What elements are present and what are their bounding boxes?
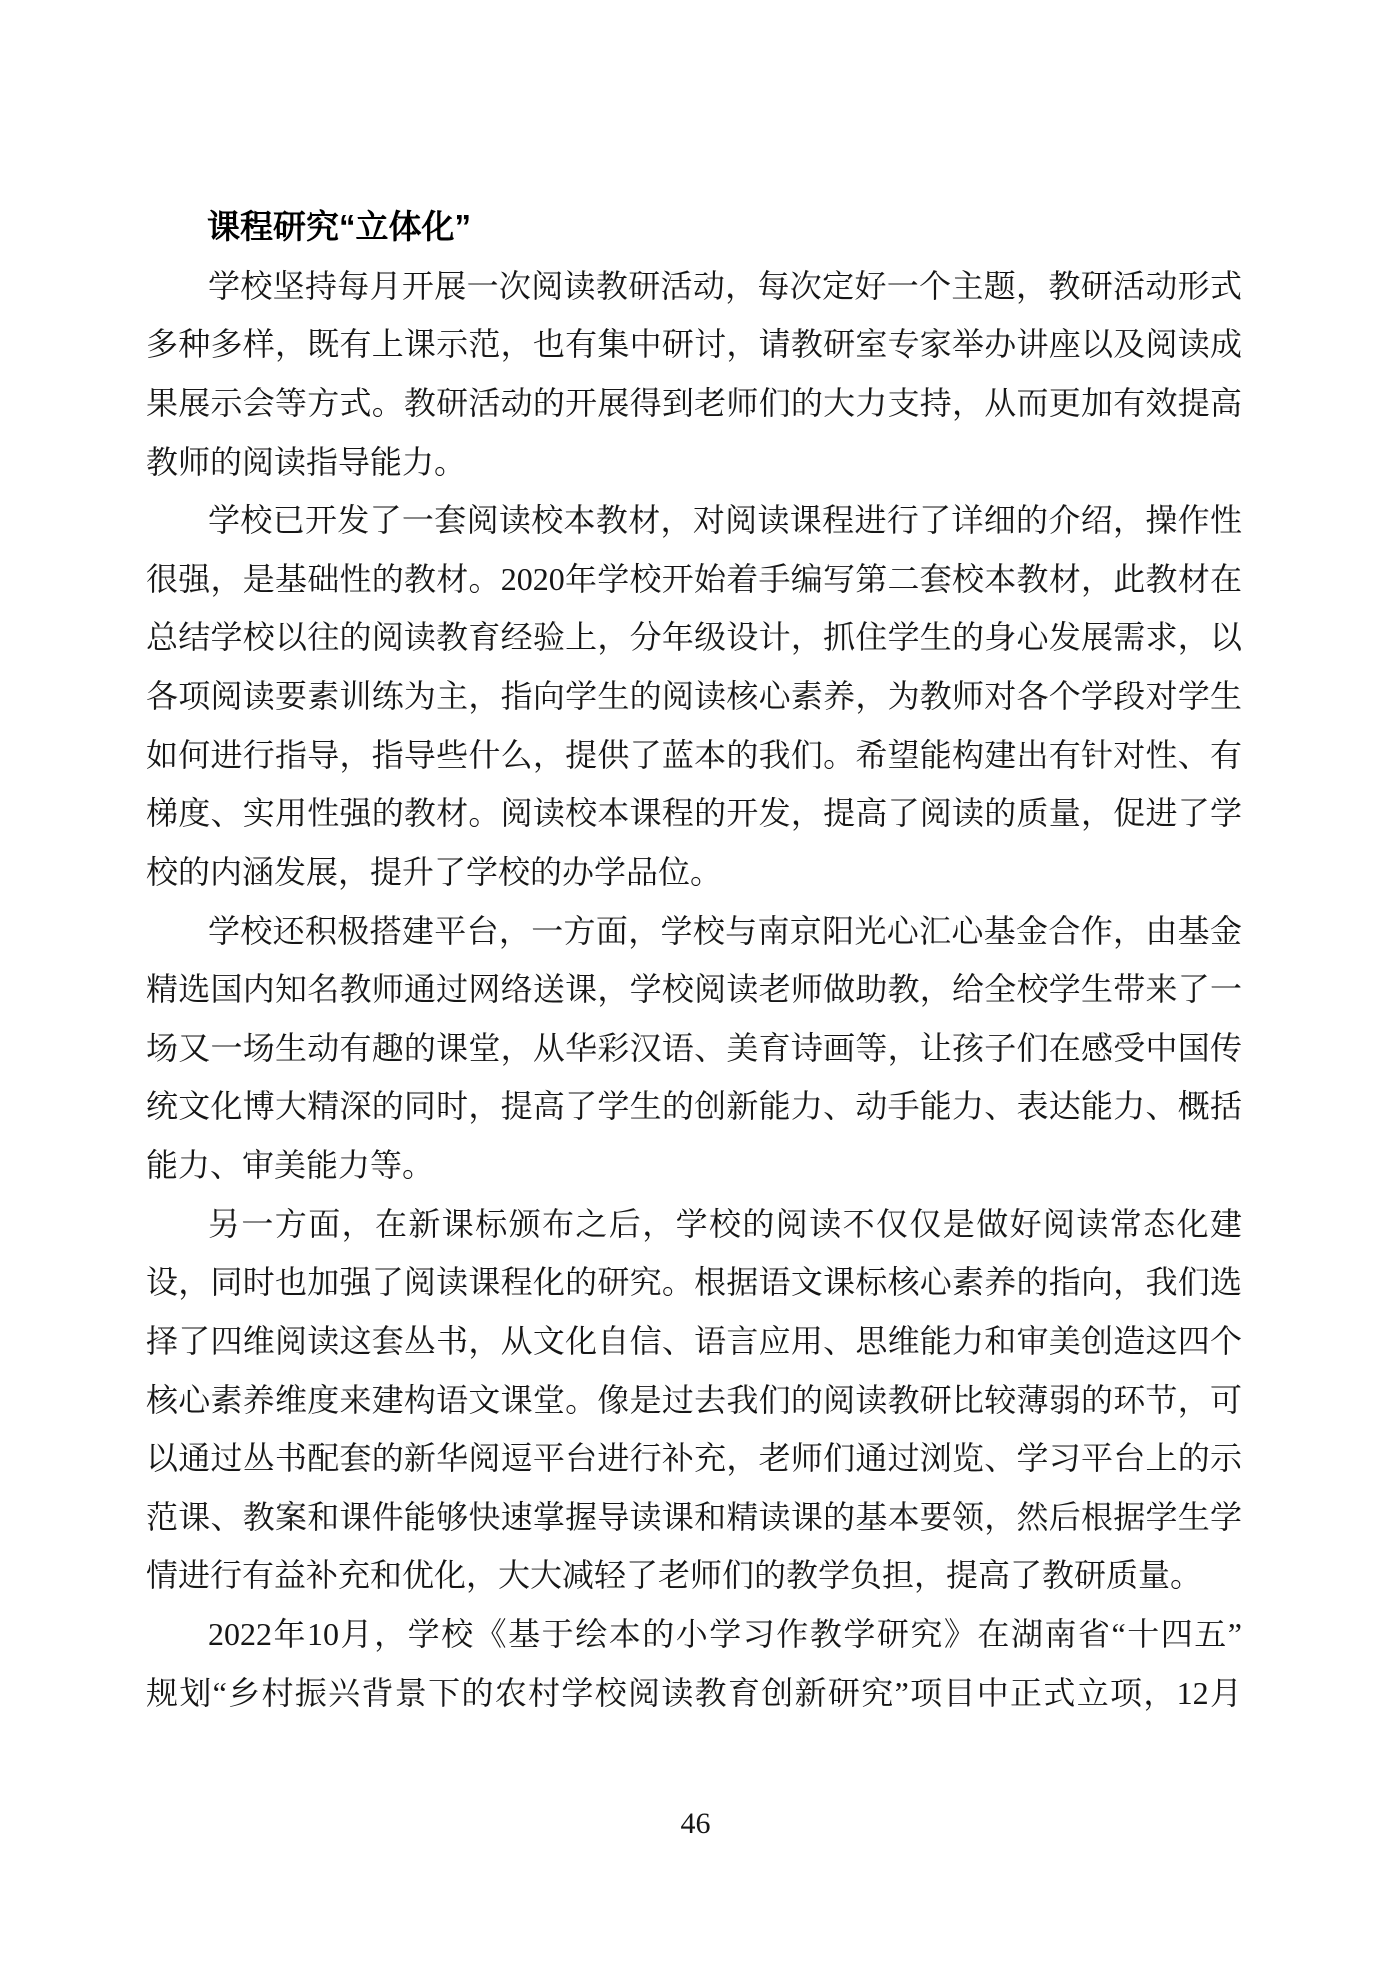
- text-line: 能力、审美能力等。: [146, 1136, 1242, 1195]
- text-line: 设，同时也加强了阅读课程化的研究。根据语文课标核心素养的指向，我们选: [146, 1253, 1242, 1312]
- text-line: 学校坚持每月开展一次阅读教研活动，每次定好一个主题，教研活动形式: [146, 257, 1242, 316]
- document-page: 课程研究“立体化” 学校坚持每月开展一次阅读教研活动，每次定好一个主题，教研活动…: [0, 0, 1391, 1965]
- section-heading: 课程研究“立体化”: [146, 198, 1242, 257]
- text-line: 很强，是基础性的教材。2020年学校开始着手编写第二套校本教材，此教材在: [146, 550, 1242, 609]
- text-line: 梯度、实用性强的教材。阅读校本课程的开发，提高了阅读的质量，促进了学: [146, 784, 1242, 843]
- text-line: 2022年10月，学校《基于绘本的小学习作教学研究》在湖南省“十四五”: [146, 1605, 1242, 1664]
- text-line: 另一方面，在新课标颁布之后，学校的阅读不仅仅是做好阅读常态化建: [146, 1195, 1242, 1254]
- paragraphs-container: 学校坚持每月开展一次阅读教研活动，每次定好一个主题，教研活动形式多种多样，既有上…: [146, 257, 1242, 1723]
- text-line: 精选国内知名教师通过网络送课，学校阅读老师做助教，给全校学生带来了一: [146, 960, 1242, 1019]
- text-line: 如何进行指导，指导些什么，提供了蓝本的我们。希望能构建出有针对性、有: [146, 726, 1242, 785]
- text-line: 范课、教案和课件能够快速掌握导读课和精读课的基本要领，然后根据学生学: [146, 1488, 1242, 1547]
- page-number: 46: [0, 1804, 1391, 1844]
- text-line: 多种多样，既有上课示范，也有集中研讨，请教研室专家举办讲座以及阅读成: [146, 315, 1242, 374]
- text-line: 学校已开发了一套阅读校本教材，对阅读课程进行了详细的介绍，操作性: [146, 491, 1242, 550]
- text-line: 总结学校以往的阅读教育经验上，分年级设计，抓住学生的身心发展需求，以: [146, 608, 1242, 667]
- text-line: 择了四维阅读这套丛书，从文化自信、语言应用、思维能力和审美创造这四个: [146, 1312, 1242, 1371]
- text-line: 果展示会等方式。教研活动的开展得到老师们的大力支持，从而更加有效提高: [146, 374, 1242, 433]
- text-line: 规划“乡村振兴背景下的农村学校阅读教育创新研究”项目中正式立项，12月: [146, 1664, 1242, 1723]
- document-body: 课程研究“立体化” 学校坚持每月开展一次阅读教研活动，每次定好一个主题，教研活动…: [146, 198, 1242, 1722]
- text-line: 核心素养维度来建构语文课堂。像是过去我们的阅读教研比较薄弱的环节，可: [146, 1371, 1242, 1430]
- text-line: 情进行有益补充和优化，大大减轻了老师们的教学负担，提高了教研质量。: [146, 1546, 1242, 1605]
- text-line: 以通过丛书配套的新华阅逗平台进行补充，老师们通过浏览、学习平台上的示: [146, 1429, 1242, 1488]
- text-line: 场又一场生动有趣的课堂，从华彩汉语、美育诗画等，让孩子们在感受中国传: [146, 1019, 1242, 1078]
- text-line: 统文化博大精深的同时，提高了学生的创新能力、动手能力、表达能力、概括: [146, 1077, 1242, 1136]
- text-line: 教师的阅读指导能力。: [146, 433, 1242, 492]
- text-line: 校的内涵发展，提升了学校的办学品位。: [146, 843, 1242, 902]
- text-line: 各项阅读要素训练为主，指向学生的阅读核心素养，为教师对各个学段对学生: [146, 667, 1242, 726]
- text-line: 学校还积极搭建平台，一方面，学校与南京阳光心汇心基金合作，由基金: [146, 902, 1242, 961]
